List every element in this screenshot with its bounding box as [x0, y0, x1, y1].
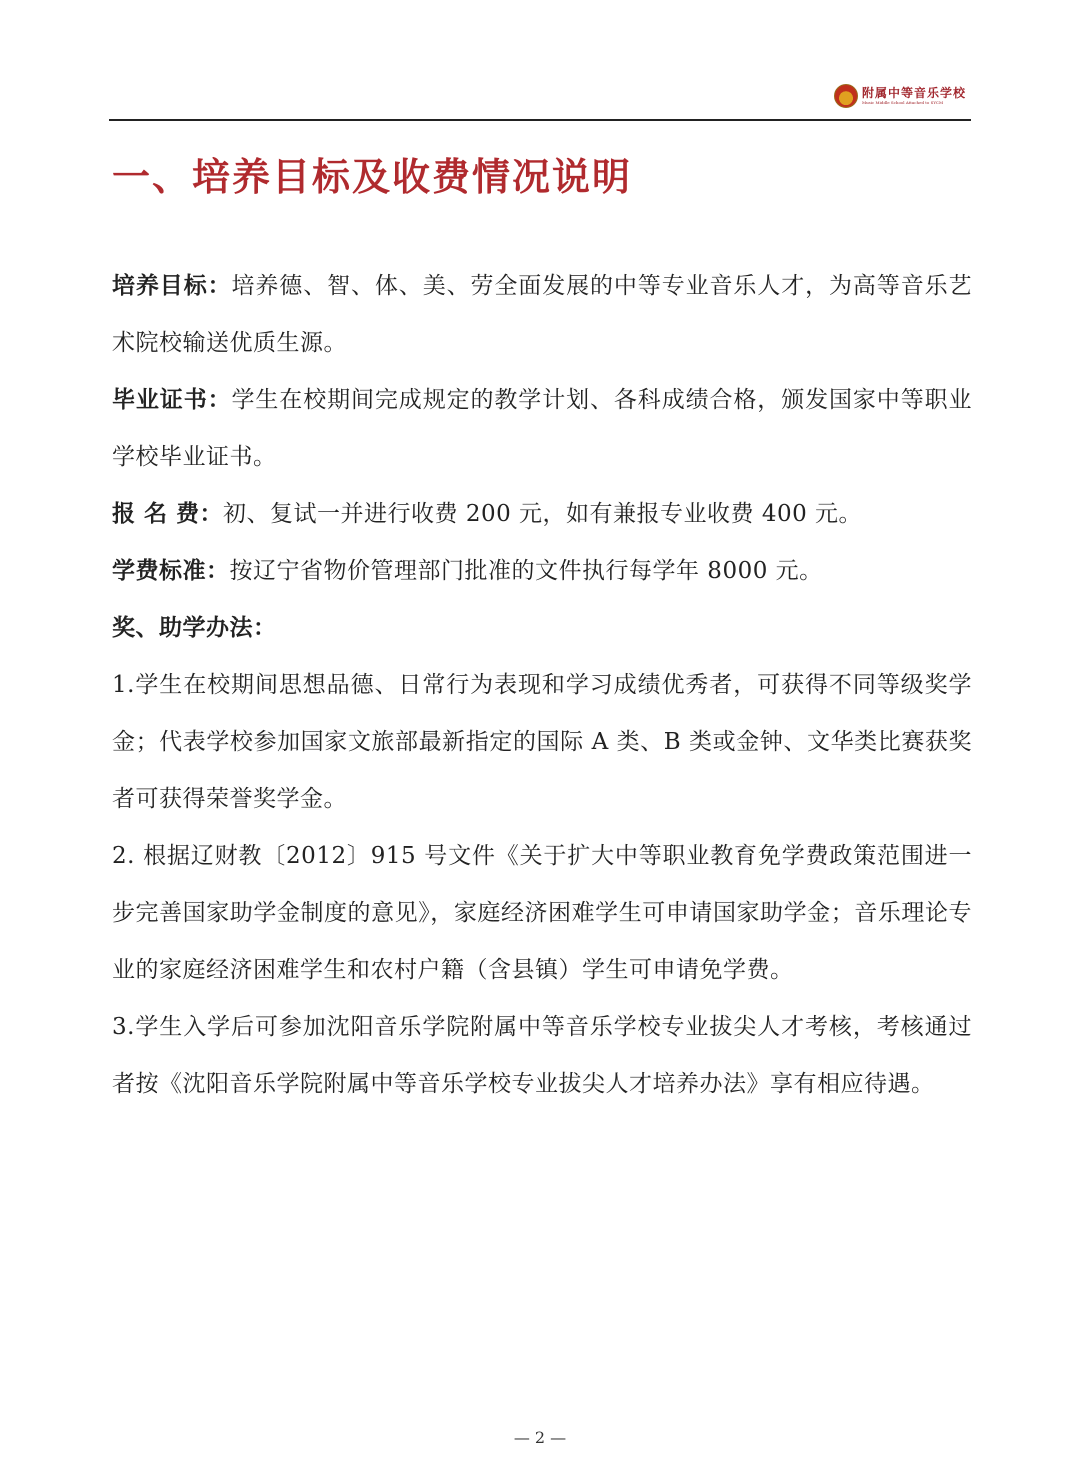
section-title: 一、培养目标及收费情况说明	[112, 146, 632, 201]
paragraph-certificate: 毕业证书：学生在校期间完成规定的教学计划、各科成绩合格，颁发国家中等职业学校毕业…	[112, 372, 972, 486]
document-body: 培养目标：培养德、智、体、美、劳全面发展的中等专业音乐人才，为高等音乐艺术院校输…	[112, 258, 972, 1113]
text-registration-fee: 初、复试一并进行收费 200 元，如有兼报专业收费 400 元。	[223, 501, 862, 527]
text-goal: 培养德、智、体、美、劳全面发展的中等专业音乐人才，为高等音乐艺术院校输送优质生源…	[112, 273, 972, 356]
logo-english-name: Music Middle School Attached to SYCM	[862, 101, 966, 105]
aid-item-1: 1.学生在校期间思想品德、日常行为表现和学习成绩优秀者，可获得不同等级奖学金；代…	[112, 657, 972, 828]
text-certificate: 学生在校期间完成规定的教学计划、各科成绩合格，颁发国家中等职业学校毕业证书。	[112, 387, 972, 470]
school-emblem-icon	[834, 84, 858, 108]
label-tuition: 学费标准：	[112, 558, 230, 584]
paragraph-registration-fee: 报 名 费：初、复试一并进行收费 200 元，如有兼报专业收费 400 元。	[112, 486, 972, 543]
school-logo: 附属中等音乐学校 Music Middle School Attached to…	[834, 84, 966, 108]
page-number: — 2 —	[0, 1428, 1080, 1447]
label-registration-fee: 报 名 费：	[112, 501, 223, 527]
paragraph-goal: 培养目标：培养德、智、体、美、劳全面发展的中等专业音乐人才，为高等音乐艺术院校输…	[112, 258, 972, 372]
logo-chinese-name: 附属中等音乐学校	[862, 87, 966, 99]
paragraph-tuition: 学费标准：按辽宁省物价管理部门批准的文件执行每学年 8000 元。	[112, 543, 972, 600]
aid-item-2: 2. 根据辽财教〔2012〕915 号文件《关于扩大中等职业教育免学费政策范围进…	[112, 828, 972, 999]
aid-item-3: 3.学生入学后可参加沈阳音乐学院附属中等音乐学校专业拔尖人才考核，考核通过者按《…	[112, 999, 972, 1113]
header-divider	[109, 119, 971, 121]
text-tuition: 按辽宁省物价管理部门批准的文件执行每学年 8000 元。	[230, 558, 823, 584]
aid-heading: 奖、助学办法：	[112, 600, 972, 657]
label-certificate: 毕业证书：	[112, 387, 232, 413]
label-goal: 培养目标：	[112, 273, 232, 299]
